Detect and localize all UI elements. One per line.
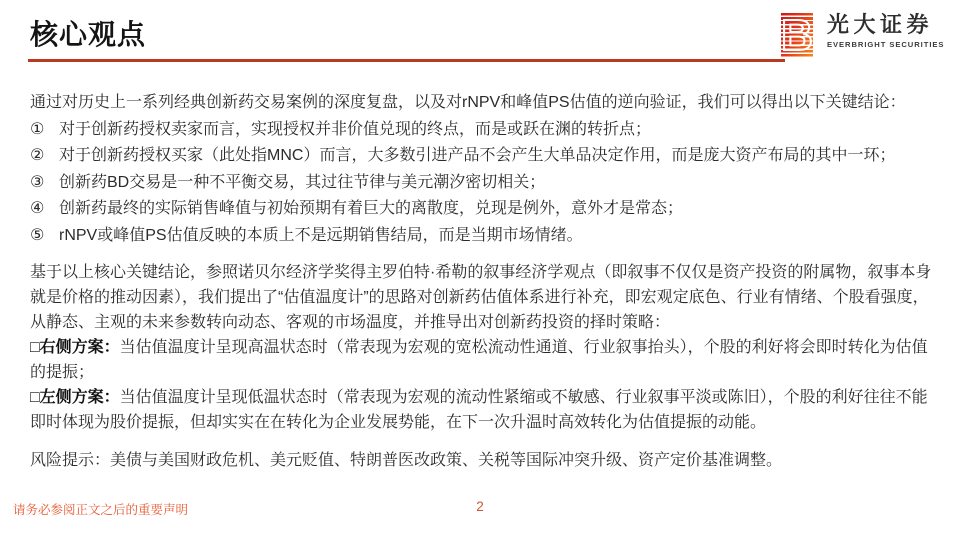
- brand-name-en: EVERBRIGHT SECURITIES: [827, 40, 944, 49]
- footer-disclaimer: 请务必参阅正文之后的重要声明: [13, 500, 188, 518]
- brand-name-cn: 光大证券: [827, 13, 944, 37]
- list-item-number: ③: [30, 170, 59, 197]
- conclusions-section: 通过对历史上一系列经典创新药交易案例的深度复盘，以及对rNPV和峰值PS估值的逆…: [30, 90, 930, 249]
- plan-right-paragraph: □右侧方案：当估值温度计呈现高温状态时（常表现为宏观的宽松流动性通道、行业叙事抬…: [30, 335, 932, 385]
- list-item-text: 创新药最终的实际销售峰值与初始预期有着巨大的离散度，兑现是例外，意外才是常态；: [59, 196, 930, 223]
- brand-logo: B 光大证券 EVERBRIGHT SECURITIES: [781, 13, 944, 58]
- list-item-number: ②: [30, 143, 59, 170]
- plan-left-paragraph: □左侧方案：当估值温度计呈现低温状态时（常表现为宏观的流动性紧缩或不敏感、行业叙…: [30, 385, 932, 435]
- page-number: 2: [468, 499, 492, 514]
- list-item-text: 对于创新药授权卖家而言，实现授权并非价值兑现的终点，而是或跃在渊的转折点；: [59, 117, 930, 144]
- list-item-text: rNPV或峰值PS估值反映的本质上不是远期销售结局，而是当期市场情绪。: [59, 223, 930, 250]
- list-item: ② 对于创新药授权买家（此处指MNC）而言，大多数引进产品不会产生大单品决定作用…: [30, 143, 930, 170]
- plan-right-text: 当估值温度计呈现高温状态时（常表现为宏观的宽松流动性通道、行业叙事抬头），个股的…: [30, 339, 928, 381]
- brand-text: 光大证券 EVERBRIGHT SECURITIES: [827, 13, 944, 49]
- thesis-section: 基于以上核心关键结论，参照诺贝尔经济学奖得主罗伯特·希勒的叙事经济学观点（即叙事…: [30, 260, 932, 435]
- risk-statement: 风险提示：美债与美国财政危机、美元贬值、特朗普医改政策、关税等国际冲突升级、资产…: [30, 448, 932, 473]
- everbright-logo-icon: B: [781, 13, 813, 58]
- plan-left-text: 当估值温度计呈现低温状态时（常表现为宏观的流动性紧缩或不敏感、行业叙事平淡或陈旧…: [30, 389, 928, 431]
- title-underline: [28, 59, 785, 62]
- list-item: ⑤ rNPV或峰值PS估值反映的本质上不是远期销售结局，而是当期市场情绪。: [30, 223, 930, 250]
- list-item-number: ⑤: [30, 223, 59, 250]
- list-item: ③ 创新药BD交易是一种不平衡交易，其过往节律与美元潮汐密切相关；: [30, 170, 930, 197]
- list-item-text: 对于创新药授权买家（此处指MNC）而言，大多数引进产品不会产生大单品决定作用，而…: [59, 143, 930, 170]
- page-title: 核心观点: [30, 13, 146, 53]
- list-item: ④ 创新药最终的实际销售峰值与初始预期有着巨大的离散度，兑现是例外，意外才是常态…: [30, 196, 930, 223]
- logo-letter: B: [781, 13, 813, 58]
- list-item-number: ①: [30, 117, 59, 144]
- thesis-paragraph: 基于以上核心关键结论，参照诺贝尔经济学奖得主罗伯特·希勒的叙事经济学观点（即叙事…: [30, 260, 932, 335]
- plan-right-label: □右侧方案：: [30, 339, 120, 356]
- list-item: ① 对于创新药授权卖家而言，实现授权并非价值兑现的终点，而是或跃在渊的转折点；: [30, 117, 930, 144]
- intro-paragraph: 通过对历史上一系列经典创新药交易案例的深度复盘，以及对rNPV和峰值PS估值的逆…: [30, 90, 930, 117]
- list-item-text: 创新药BD交易是一种不平衡交易，其过往节律与美元潮汐密切相关；: [59, 170, 930, 197]
- plan-left-label: □左侧方案：: [30, 389, 120, 406]
- list-item-number: ④: [30, 196, 59, 223]
